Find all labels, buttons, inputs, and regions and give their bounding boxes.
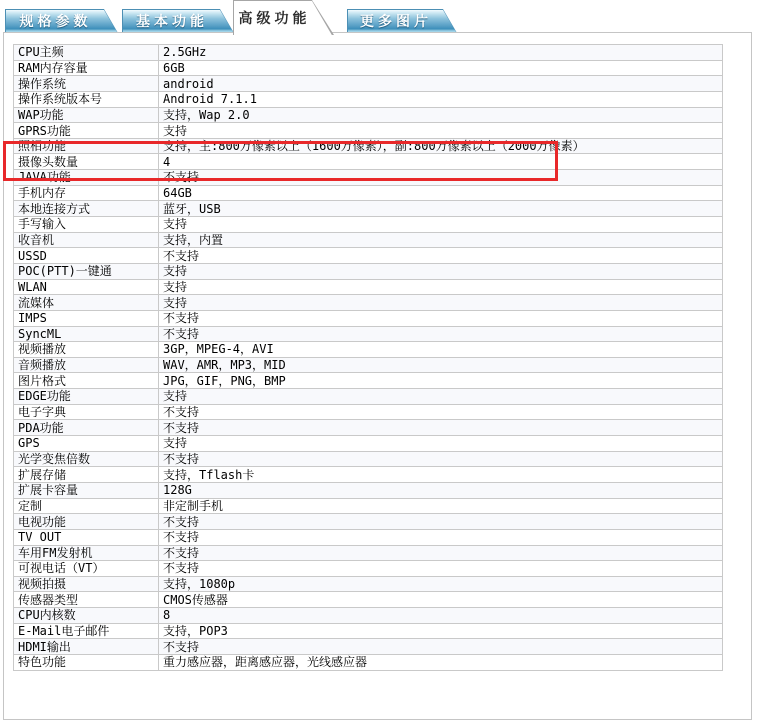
spec-label: 收音机 bbox=[14, 232, 159, 248]
spec-value: 非定制手机 bbox=[159, 498, 723, 514]
spec-label: TV OUT bbox=[14, 529, 159, 545]
spec-value: 支持 bbox=[159, 123, 723, 139]
spec-label: 本地连接方式 bbox=[14, 201, 159, 217]
spec-value: 支持，POP3 bbox=[159, 623, 723, 639]
spec-value: 不支持 bbox=[159, 170, 723, 186]
table-row: 视频拍摄 支持，1080p bbox=[14, 576, 723, 592]
table-row: 操作系统 android bbox=[14, 76, 723, 92]
spec-value: 不支持 bbox=[159, 451, 723, 467]
tab-label: 高级功能 bbox=[233, 0, 334, 35]
table-row: 流媒体 支持 bbox=[14, 295, 723, 311]
spec-label: PDA功能 bbox=[14, 420, 159, 436]
spec-label: 光学变焦倍数 bbox=[14, 451, 159, 467]
spec-label: USSD bbox=[14, 248, 159, 264]
table-row: 照相功能 支持，主:800万像素以上（1600万像素），副:800万像素以上（2… bbox=[14, 138, 723, 154]
spec-value: 支持 bbox=[159, 389, 723, 405]
table-row: 电视功能 不支持 bbox=[14, 514, 723, 530]
table-row: 操作系统版本号 Android 7.1.1 bbox=[14, 91, 723, 107]
table-row: 车用FM发射机 不支持 bbox=[14, 545, 723, 561]
table-row: 扩展存储 支持，Tflash卡 bbox=[14, 467, 723, 483]
spec-label: GPRS功能 bbox=[14, 123, 159, 139]
spec-label: 图片格式 bbox=[14, 373, 159, 389]
spec-label: 电视功能 bbox=[14, 514, 159, 530]
table-row: 本地连接方式 蓝牙，USB bbox=[14, 201, 723, 217]
spec-value: CMOS传感器 bbox=[159, 592, 723, 608]
spec-label: JAVA功能 bbox=[14, 170, 159, 186]
spec-label: 操作系统 bbox=[14, 76, 159, 92]
table-row: 收音机 支持，内置 bbox=[14, 232, 723, 248]
table-row: 定制 非定制手机 bbox=[14, 498, 723, 514]
table-row: 手机内存 64GB bbox=[14, 185, 723, 201]
table-row: GPS 支持 bbox=[14, 436, 723, 452]
table-row: HDMI输出 不支持 bbox=[14, 639, 723, 655]
table-row: SyncML 不支持 bbox=[14, 326, 723, 342]
spec-value: 不支持 bbox=[159, 404, 723, 420]
table-row: RAM内存容量 6GB bbox=[14, 60, 723, 76]
table-row: CPU主频 2.5GHz bbox=[14, 45, 723, 61]
spec-value: 支持 bbox=[159, 436, 723, 452]
spec-value: 8 bbox=[159, 608, 723, 624]
spec-label: HDMI输出 bbox=[14, 639, 159, 655]
spec-label: GPS bbox=[14, 436, 159, 452]
spec-label: 视频播放 bbox=[14, 342, 159, 358]
spec-label: E-Mail电子邮件 bbox=[14, 623, 159, 639]
table-row: WAP功能 支持，Wap 2.0 bbox=[14, 107, 723, 123]
spec-value: 64GB bbox=[159, 185, 723, 201]
tab-label: 更多图片 bbox=[347, 9, 457, 33]
spec-label: EDGE功能 bbox=[14, 389, 159, 405]
spec-label: POC(PTT)一键通 bbox=[14, 263, 159, 279]
spec-value: 不支持 bbox=[159, 639, 723, 655]
table-row: POC(PTT)一键通 支持 bbox=[14, 263, 723, 279]
table-row: EDGE功能 支持 bbox=[14, 389, 723, 405]
spec-value: 支持，Tflash卡 bbox=[159, 467, 723, 483]
spec-label: IMPS bbox=[14, 310, 159, 326]
tab-label: 基本功能 bbox=[122, 9, 234, 33]
table-row: 摄像头数量 4 bbox=[14, 154, 723, 170]
table-row: GPRS功能 支持 bbox=[14, 123, 723, 139]
table-row: 扩展卡容量 128G bbox=[14, 482, 723, 498]
spec-label: 电子字典 bbox=[14, 404, 159, 420]
spec-value: 支持，Wap 2.0 bbox=[159, 107, 723, 123]
spec-value: 支持，内置 bbox=[159, 232, 723, 248]
spec-label: 特色功能 bbox=[14, 654, 159, 670]
table-row: 音频播放 WAV，AMR，MP3，MID bbox=[14, 357, 723, 373]
table-row: WLAN 支持 bbox=[14, 279, 723, 295]
table-row: 光学变焦倍数 不支持 bbox=[14, 451, 723, 467]
spec-value: 支持 bbox=[159, 263, 723, 279]
spec-value: 不支持 bbox=[159, 545, 723, 561]
spec-value: 不支持 bbox=[159, 310, 723, 326]
table-row: E-Mail电子邮件 支持，POP3 bbox=[14, 623, 723, 639]
tab-advanced-functions[interactable]: 高级功能 bbox=[233, 0, 334, 35]
tab-label: 规格参数 bbox=[5, 9, 118, 33]
table-row: 传感器类型 CMOS传感器 bbox=[14, 592, 723, 608]
tab-spec-params[interactable]: 规格参数 bbox=[5, 9, 118, 33]
spec-value: 6GB bbox=[159, 60, 723, 76]
spec-value: 4 bbox=[159, 154, 723, 170]
spec-value: 支持 bbox=[159, 217, 723, 233]
spec-value: 2.5GHz bbox=[159, 45, 723, 61]
spec-label: 可视电话（VT） bbox=[14, 561, 159, 577]
spec-label: 照相功能 bbox=[14, 138, 159, 154]
spec-value: 不支持 bbox=[159, 529, 723, 545]
spec-value: 3GP，MPEG-4，AVI bbox=[159, 342, 723, 358]
spec-value: 不支持 bbox=[159, 561, 723, 577]
table-row: 图片格式 JPG，GIF，PNG，BMP bbox=[14, 373, 723, 389]
table-row: 可视电话（VT） 不支持 bbox=[14, 561, 723, 577]
table-row: JAVA功能 不支持 bbox=[14, 170, 723, 186]
table-row: IMPS 不支持 bbox=[14, 310, 723, 326]
tab-basic-functions[interactable]: 基本功能 bbox=[122, 9, 234, 33]
spec-value: 蓝牙，USB bbox=[159, 201, 723, 217]
spec-label: 定制 bbox=[14, 498, 159, 514]
spec-label: CPU主频 bbox=[14, 45, 159, 61]
spec-label: 手写输入 bbox=[14, 217, 159, 233]
table-row: USSD 不支持 bbox=[14, 248, 723, 264]
spec-value: WAV，AMR，MP3，MID bbox=[159, 357, 723, 373]
spec-label: 传感器类型 bbox=[14, 592, 159, 608]
spec-label: 手机内存 bbox=[14, 185, 159, 201]
spec-value: 不支持 bbox=[159, 326, 723, 342]
spec-label: WLAN bbox=[14, 279, 159, 295]
spec-label: 摄像头数量 bbox=[14, 154, 159, 170]
spec-table-body: CPU主频 2.5GHz RAM内存容量 6GB 操作系统 android 操作… bbox=[14, 45, 723, 671]
spec-table: CPU主频 2.5GHz RAM内存容量 6GB 操作系统 android 操作… bbox=[13, 44, 723, 671]
table-row: 电子字典 不支持 bbox=[14, 404, 723, 420]
spec-value: Android 7.1.1 bbox=[159, 91, 723, 107]
spec-value: 不支持 bbox=[159, 514, 723, 530]
spec-label: 视频拍摄 bbox=[14, 576, 159, 592]
table-row: CPU内核数 8 bbox=[14, 608, 723, 624]
table-row: 特色功能 重力感应器，距离感应器，光线感应器 bbox=[14, 654, 723, 670]
spec-value: 重力感应器，距离感应器，光线感应器 bbox=[159, 654, 723, 670]
spec-label: 车用FM发射机 bbox=[14, 545, 159, 561]
spec-label: RAM内存容量 bbox=[14, 60, 159, 76]
spec-value: JPG，GIF，PNG，BMP bbox=[159, 373, 723, 389]
spec-label: 音频播放 bbox=[14, 357, 159, 373]
spec-label: CPU内核数 bbox=[14, 608, 159, 624]
spec-value: 不支持 bbox=[159, 420, 723, 436]
spec-value: 不支持 bbox=[159, 248, 723, 264]
spec-label: 扩展存储 bbox=[14, 467, 159, 483]
table-row: TV OUT 不支持 bbox=[14, 529, 723, 545]
table-row: 手写输入 支持 bbox=[14, 217, 723, 233]
table-row: PDA功能 不支持 bbox=[14, 420, 723, 436]
spec-label: 操作系统版本号 bbox=[14, 91, 159, 107]
spec-value: 支持，1080p bbox=[159, 576, 723, 592]
table-row: 视频播放 3GP，MPEG-4，AVI bbox=[14, 342, 723, 358]
spec-label: 流媒体 bbox=[14, 295, 159, 311]
tab-more-pictures[interactable]: 更多图片 bbox=[347, 9, 457, 33]
spec-label: 扩展卡容量 bbox=[14, 482, 159, 498]
spec-label: SyncML bbox=[14, 326, 159, 342]
spec-value: 支持 bbox=[159, 279, 723, 295]
spec-label: WAP功能 bbox=[14, 107, 159, 123]
spec-value: 128G bbox=[159, 482, 723, 498]
spec-value: 支持 bbox=[159, 295, 723, 311]
spec-value: android bbox=[159, 76, 723, 92]
spec-value: 支持，主:800万像素以上（1600万像素），副:800万像素以上（2000万像… bbox=[159, 138, 723, 154]
